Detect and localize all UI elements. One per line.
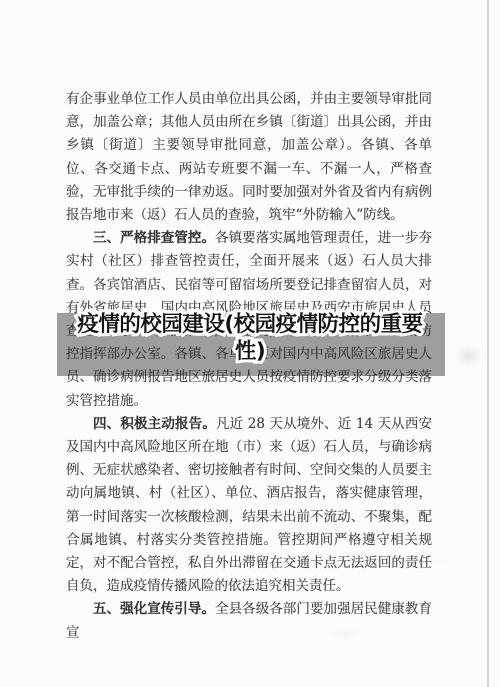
overlay-title-line1-text: 疫情的校园建设(校园疫情防控的重要 <box>77 312 422 337</box>
overlay-title-line2: 性) 性) <box>0 338 500 365</box>
section-heading: 四、积极主动报告。 <box>93 416 216 432</box>
overlay-title-line1: 疫情的校园建设(校园疫情防控的重要 疫情的校园建设(校园疫情防控的重要 <box>0 311 500 338</box>
section-heading: 三、严格排查管控。 <box>93 230 215 246</box>
section-heading: 五、强化宣传引导。 <box>93 601 215 617</box>
body-paragraph: 有企事业单位工作人员由单位出具公函，并由主要领导审批同意，加盖公章；其他人员由所… <box>66 88 432 227</box>
overlay-title-line2-text: 性) <box>235 339 265 364</box>
paragraph-text: 有企事业单位工作人员由单位出具公函，并由主要领导审批同意，加盖公章；其他人员由所… <box>66 91 432 223</box>
body-paragraph: 四、积极主动报告。凡近 28 天从境外、近 14 天从西安及国内中高风险地区所在… <box>66 413 432 599</box>
overlay-title: 疫情的校园建设(校园疫情防控的重要 疫情的校园建设(校园疫情防控的重要 性) 性… <box>0 311 500 365</box>
scanned-document-page: 有企事业单位工作人员由单位出具公函，并由主要领导审批同意，加盖公章；其他人员由所… <box>0 0 500 687</box>
body-paragraph: 五、强化宣传引导。全县各级各部门要加强居民健康教育宣 <box>66 598 432 644</box>
paragraph-text: 凡近 28 天从境外、近 14 天从西安及国内中高风险地区所在地（市）来（返）石… <box>66 416 432 594</box>
